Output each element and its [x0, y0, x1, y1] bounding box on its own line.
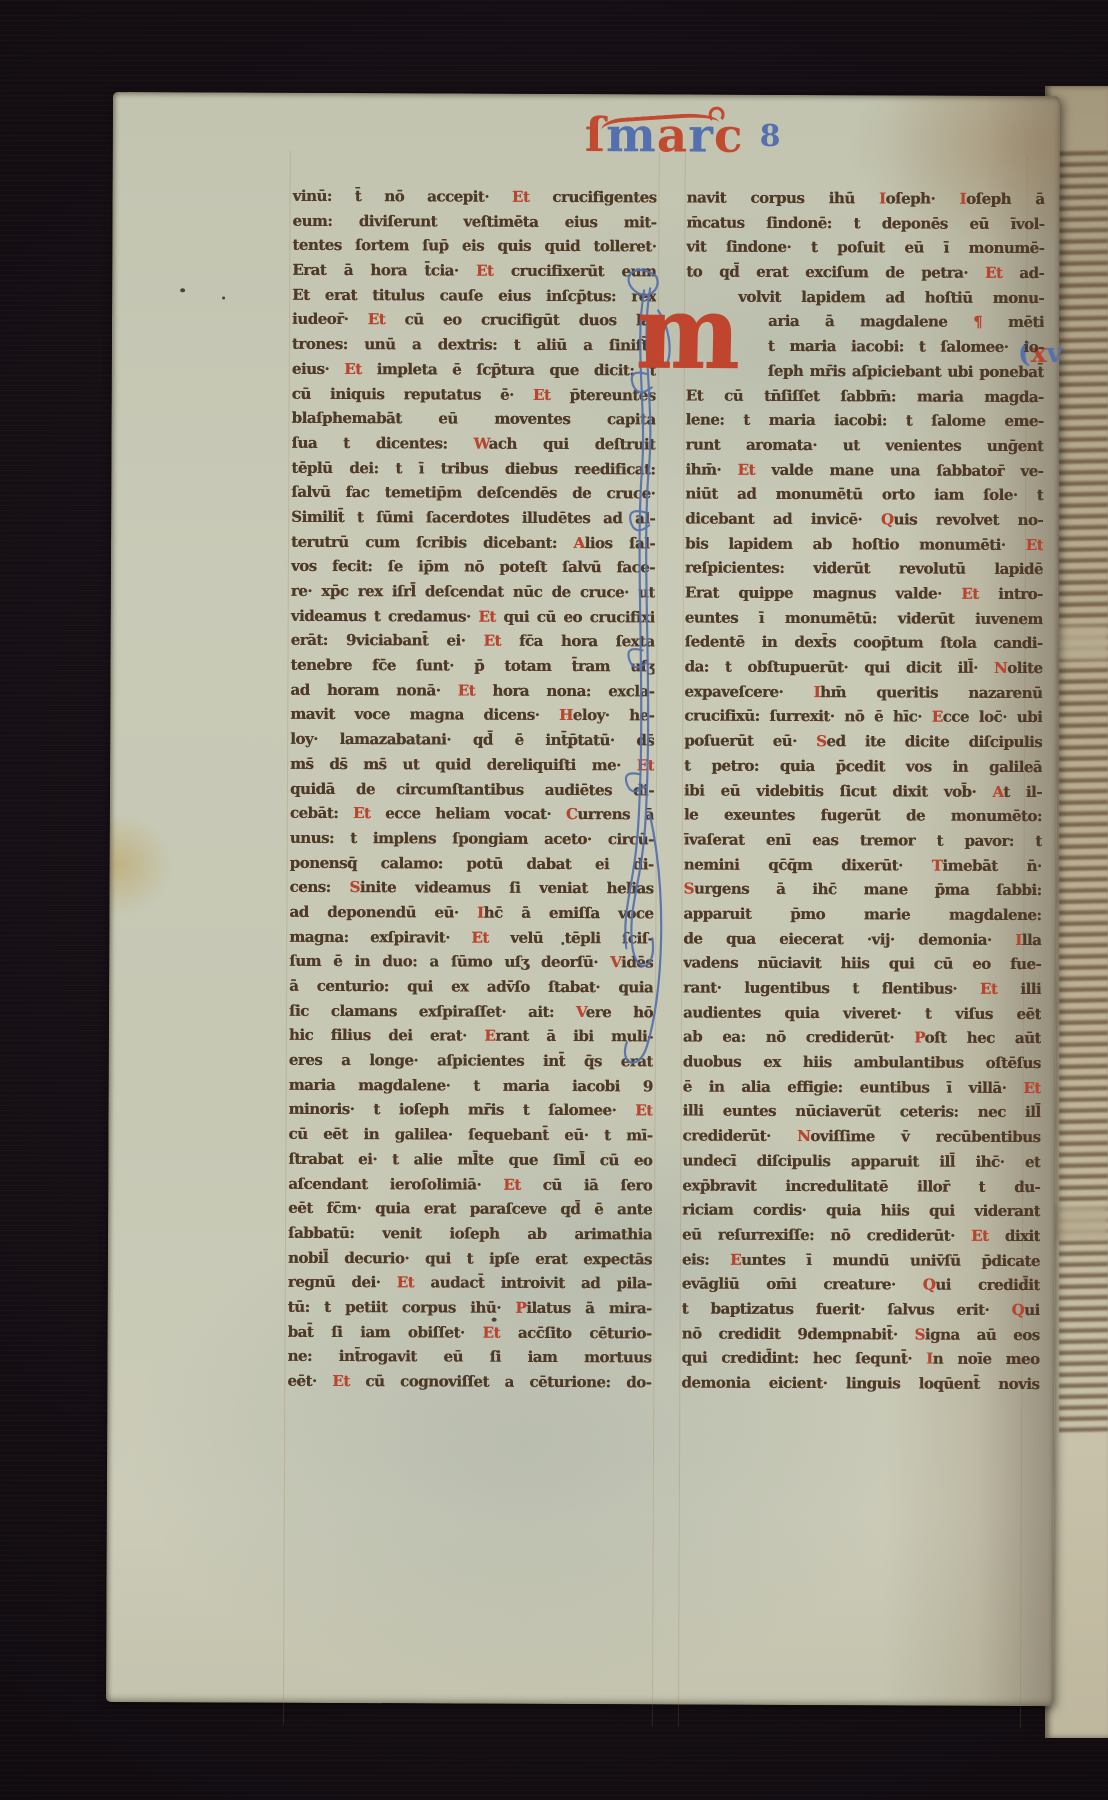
text-line: m̄catus ſindonē: t deponēs eū īvol-: [686, 210, 1044, 236]
rubric-text: A: [992, 782, 1003, 800]
ink-speck: [180, 288, 185, 292]
text-line: illi euntes nūciaverūt ceteris: nec ill̄: [683, 1099, 1041, 1125]
text-line: ſua t dicentes: Wach qui deſtruit: [291, 431, 655, 457]
rubric-text: N: [994, 659, 1007, 677]
text-line: qui credid̄int: hec ſequnt̄· In noīe meo: [681, 1346, 1039, 1372]
rubric-text: Et: [533, 385, 550, 403]
text-line: navit corpus ihū Ioſeph· Ioſeph ā: [686, 186, 1044, 212]
text-line: crediderūt· Noviſſime v̄ recūbentibus: [682, 1124, 1040, 1150]
text-line: loy· lamazabatani· qd̄ ē int̄p̄tatū· ds̄: [290, 727, 654, 753]
text-line: trones: unū a dextris: t aliū a ſiniſt̄s: [292, 332, 656, 358]
rubric-text: A: [573, 534, 584, 552]
text-line: vinū: t̄ nō accepit· Et crucifigentes: [292, 184, 656, 210]
text-line: maria magdalene· t maria iacobi 9: [289, 1073, 653, 1099]
text-line: aſcendant ieroſolimiā· Et cū iā ſero: [288, 1171, 652, 1197]
rubric-text: Et: [1026, 536, 1043, 554]
rubric-text: Et: [512, 188, 529, 206]
text-line: tēplū dei: t ī tribus diebus reedificat:: [291, 455, 655, 481]
text-line: ms̄ ds̄ ms̄ ut quid dereliquiſti me· Et: [290, 752, 654, 778]
text-line: ſeph mr̄is aſpiciebant ubi ponebat̄: [686, 358, 1044, 384]
text-line: īvaſerat enī eas tremor t pavor: t: [684, 827, 1042, 853]
text-line: undecī diſcipulis apparuit ill̄ ihc̄· et: [682, 1148, 1040, 1174]
text-line: ad deponendū eū· Ihc̄ ā emiſſa voce: [289, 900, 653, 926]
rubric-text: P: [914, 1029, 924, 1047]
text-line: t baptizatus fuerit· ſalvus erit· Qui: [682, 1296, 1040, 1322]
text-line: vit ſindone· t poſuit eū ī monumē-: [686, 235, 1044, 261]
text-line: ad horam nonā· Et hora nona: excla-: [290, 678, 654, 704]
text-line: ē in alia effigie: euntibus ī villā· Et: [683, 1074, 1041, 1100]
rubric-text: S: [816, 732, 826, 750]
rubric-text: S: [914, 1325, 924, 1343]
text-line: evāgliū om̄i creature· Qui credid̄it: [682, 1272, 1040, 1298]
text-line: vos fecit: ſe ip̄m nō poteſt ſalvū face-: [291, 554, 655, 580]
text-line: nō credidit 9dempnabit̄· Signa aū eos: [682, 1321, 1040, 1347]
text-line: nemini qc̄q̄m dixerūt· Timebāt n̄·: [684, 852, 1042, 878]
running-title-flourish: ſ: [585, 108, 606, 163]
rubric-text: I: [477, 904, 484, 922]
text-line: ā centurio: qui ex adv̄ſo ſtabat· quia: [289, 974, 653, 1000]
text-line: eēt· Et cū cognoviſſet a cēturione: do-: [287, 1369, 651, 1395]
text-line: regnū dei· Et audact̄ introivit ad pila-: [288, 1270, 652, 1296]
rubric-text: Et: [397, 1273, 414, 1291]
text-line: lene: t maria iacobi: t ſalome eme-: [686, 408, 1044, 434]
text-line: da: t obſtupuerūt· qui dicit ill̄· Nolit…: [684, 655, 1042, 681]
text-line: bis lapidem ab hoſtio monumēti· Et: [685, 531, 1043, 557]
text-line: ſabbatū: venit ioſeph ab arimathia: [288, 1221, 652, 1247]
text-line: tentes ſortem ſup̄ eis quis quid tollere…: [292, 233, 656, 259]
text-line: re· xp̄c rex iſrl̄ deſcendat nūc de cruc…: [291, 579, 655, 605]
text-line: crucifixū: ſurrexit· nō ē hīc· Ecce loc̄…: [684, 704, 1042, 730]
text-line: cū iniquis reputatus ē· Et p̄tereuntes: [292, 381, 656, 407]
ink-speck: [222, 296, 225, 299]
rubric-text: Et: [353, 804, 370, 822]
rubric-text: C: [566, 805, 578, 823]
text-line: ſalvū fac temetip̄m deſcendēs de cruce·: [291, 480, 655, 506]
text-line: expaveſcere· Ihm̄ queritis nazarenū: [684, 679, 1042, 705]
rubric-text: P: [515, 1299, 526, 1317]
rubric-text: Q: [923, 1276, 936, 1294]
manuscript-leaf: ſmarc8 m (xv vinū: t̄ nō accepit· Et cru…: [106, 92, 1060, 1706]
text-line: dicebant ad invicē· Quis revolvet no-: [685, 506, 1043, 532]
text-line: bat̄ ſi iam obiſſet· Et acc̄ſito cēturio…: [288, 1319, 652, 1345]
text-line: ne: int̄rogavit eū ſi iam mortuus: [287, 1344, 651, 1370]
text-line: t petro: quia p̄cedit vos in galileā: [684, 753, 1042, 779]
manuscript-photo: ſmarc8 m (xv vinū: t̄ nō accepit· Et cru…: [0, 0, 1108, 1800]
text-line: cens: Sinite videamus ſi veniat helias: [289, 875, 653, 901]
text-line: ſum ē in duo: a ſūmo uſʒ deorſū· Vidēs: [289, 949, 653, 975]
text-line: apparuit p̄mo marie magdalene:: [683, 901, 1041, 927]
text-line: hic filius dei erat· Erant ā ibi muli-: [289, 1023, 653, 1049]
text-line: Erat quippe magnus valde· Et intro-: [685, 580, 1043, 606]
text-line: exp̄bravit incredulitatē illor̄ t du-: [682, 1173, 1040, 1199]
rubric-text: Et: [971, 1227, 988, 1245]
rubric-text: S: [349, 878, 359, 896]
rubric-text: E: [932, 708, 943, 726]
rubric-text: W: [473, 434, 488, 452]
text-line: demonia eicient· linguis loqūent̄ novis: [681, 1370, 1039, 1396]
text-line: ab ea: nō crediderūt· Poſt hec aūt: [683, 1025, 1041, 1051]
text-line: unus: t implens ſpongiam aceto· circū-: [290, 826, 654, 852]
chapter-initial-M: m: [635, 282, 741, 384]
text-line: minoris· t ioſeph mr̄is t ſalomee· Et: [289, 1097, 653, 1123]
text-line: de qua eiecerat ·vij· demonia· Illa: [683, 926, 1041, 952]
running-title: ſmarc8: [585, 106, 782, 169]
rubric-text: Et: [458, 681, 475, 699]
text-line: Et erat titulus cauſe eius inſcp̄tus: re…: [292, 283, 656, 309]
rubric-text: Et: [483, 632, 500, 650]
rubric-text: Et: [1023, 1079, 1040, 1097]
rubric-text: E: [730, 1250, 741, 1268]
text-line: ſtrabat ei· t alie ml̄te que ſiml̄ cū eo: [288, 1147, 652, 1173]
text-line: tenebre fc̄e ſunt· p̄ totam t̄ram uſʒ: [290, 653, 654, 679]
rubric-text: Et: [471, 928, 488, 946]
quire-numeral: 8: [760, 119, 782, 154]
rubric-text: I: [1015, 931, 1022, 949]
rubric-text: Q: [1011, 1301, 1024, 1319]
rubric-text: I: [959, 190, 966, 208]
rubric-text: I: [879, 189, 886, 207]
text-line: ſedentē in dext̄s coop̄tum ſtola candi-: [685, 630, 1043, 656]
text-line: cebāt: Et ecce heliam vocat· Currens ā: [290, 801, 654, 827]
text-line: Similit̄ t ſūmi ſacerdotes illudētes ad …: [291, 505, 655, 531]
text-line: magna: exſpiravit· Et velū tēpli ſciſ-: [289, 924, 653, 950]
text-line: poſuerūt eū· Sed ite dicite diſcipulis: [684, 729, 1042, 755]
rubric-text: Et: [478, 607, 495, 625]
text-line: iudeor̄· Et cū eo crucifigūt duos la-: [292, 307, 656, 333]
text-line: audientes quia viveret· t viſus eēt: [683, 1000, 1041, 1026]
text-line: euntes ī monumētū: viderūt iuvenem: [685, 605, 1043, 631]
rubric-text: Et: [476, 262, 493, 280]
text-line: Erat ā hora t̄cia· Et crucifixerūt eum: [292, 258, 656, 284]
text-line: eū reſurrexiſſe: nō crediderūt· Et dixit: [682, 1222, 1040, 1248]
text-line: videamus t credamus· Et qui cū eo crucif…: [291, 603, 655, 629]
text-line: mavit voce magna dicens· Heloy· he-: [290, 702, 654, 728]
margin-chapter-letter: v: [1047, 338, 1063, 369]
text-line: eres a longe· aſpicientes int̄ q̄s erat: [289, 1048, 653, 1074]
rubric-text: E: [484, 1027, 495, 1045]
rubric-text: H: [559, 706, 573, 724]
rubric-text: N: [797, 1127, 810, 1145]
text-line: ponensq̄ calamo: potū dabat ei di-: [290, 850, 654, 876]
text-line: duobus ex hiis ambulantibus oſtēſus: [683, 1050, 1041, 1076]
text-line: terutrū cum ſcribis dicebant: Alios ſal-: [291, 529, 655, 555]
rubric-text: S: [683, 880, 693, 898]
text-line: le exeuntes fugerūt de monumēto:: [684, 803, 1042, 829]
text-line: ibi eū videbitis ſicut dixit vob̄· At il…: [684, 778, 1042, 804]
text-line: nobil̄ decurio· qui t ipſe erat expectās: [288, 1245, 652, 1271]
rubric-text: ¶: [973, 313, 982, 331]
rubric-text: Et: [961, 585, 978, 603]
rubric-text: V: [576, 1003, 586, 1021]
rubric-text: I: [926, 1350, 933, 1368]
text-line: Et cū tn̄ſiſſet ſabbm̄: maria magda-: [686, 383, 1044, 409]
rubric-text: Et: [503, 1175, 520, 1193]
text-line: runt aromata· ut venientes unḡent: [685, 432, 1043, 458]
rubric-text: Et: [482, 1323, 499, 1341]
rubric-text: Et: [737, 460, 754, 478]
text-line: Surgens ā ihc̄ mane p̄ma ſabbi:: [683, 877, 1041, 903]
rubric-text: Et: [368, 311, 385, 329]
rubric-text: T: [932, 856, 943, 874]
rubric-text: Et: [635, 1102, 652, 1120]
text-line: ſic clamans exſpiraſſet· ait: Vere hō: [289, 998, 653, 1024]
text-line: quidā de circumſtantibus audiētes di-: [290, 776, 654, 802]
rubric-text: I: [814, 683, 821, 701]
rubric-text: Q: [881, 510, 894, 528]
text-line: eum: diviſerunt veſtimēta eius mit-: [292, 208, 656, 234]
rubric-text: Et: [332, 1372, 349, 1390]
text-line: rant· lugentibus t flentibus· Et illi: [683, 975, 1041, 1001]
text-line: ihm̄· Et valde mane una ſabbator̄ ve-: [685, 457, 1043, 483]
rubric-text: Et: [985, 264, 1002, 282]
rubric-text: Et: [344, 360, 361, 378]
text-line: blaſphemabāt eū moventes capita: [292, 406, 656, 432]
text-line: vadens nūciavit hiis qui cū eo fue-: [683, 951, 1041, 977]
text-line: niūt ad monumētū orto iam ſole· t: [685, 482, 1043, 508]
text-line: eius· Et impleta ē ſcp̄tura que dicit: t: [292, 357, 656, 383]
text-line: reſpicientes: viderūt revolutū lapidē: [685, 556, 1043, 582]
text-line: tū: t petiit corpus ihū· Pilatus ā mira-: [288, 1295, 652, 1321]
fore-edge-blurred-text: [1059, 150, 1108, 1436]
rubric-text: Et: [980, 980, 997, 998]
text-line: riciam cordis· quia hiis qui viderant: [682, 1198, 1040, 1224]
text-line: eis: Euntes ī mundū univ̄ſū p̄dicate: [682, 1247, 1040, 1273]
text-line: eēt fc̄m· quia erat paraſceve qd̄ ē ante: [288, 1196, 652, 1222]
text-line: erāt: 9viciabant̄ ei· Et fc̄a hora ſexta: [291, 628, 655, 654]
text-line: cū eēt in galilea· ſequebant̄ eū· t mī-: [288, 1122, 652, 1148]
